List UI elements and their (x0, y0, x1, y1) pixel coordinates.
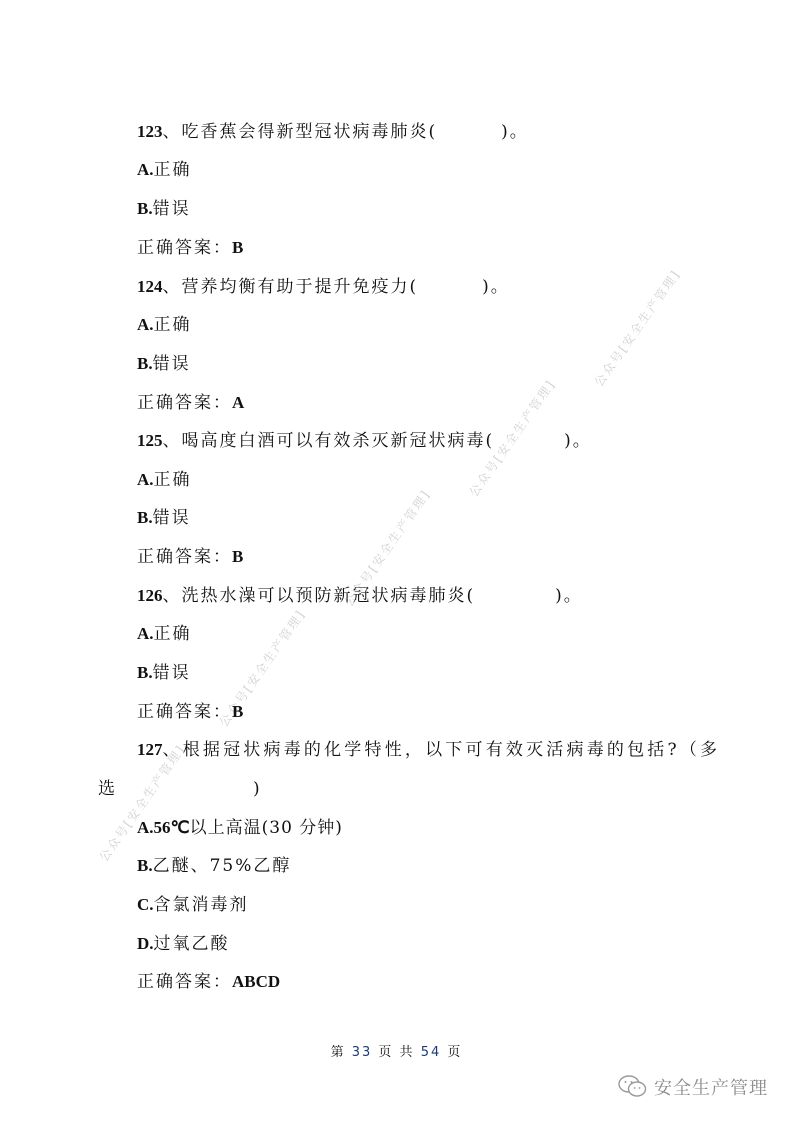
option-b: B.错误 (137, 353, 191, 375)
option-b: B.错误 (137, 507, 191, 529)
brand-name: 安全生产管理 (654, 1074, 768, 1100)
answer-line: 正确答案：ABCD (137, 971, 280, 993)
option-a: A.正确 (137, 314, 192, 336)
option-a: A.正确 (137, 159, 192, 181)
watermark: 公众号[安全生产管理] (590, 266, 684, 390)
question-123: 123、吃香蕉会得新型冠状病毒肺炎()。 (137, 121, 529, 143)
current-page: 33 (352, 1045, 373, 1060)
option-a: A.正确 (137, 469, 192, 491)
option-c: C.含氯消毒剂 (137, 894, 249, 916)
question-127: 127、根据冠状病毒的化学特性，以下可有效灭活病毒的包括?（多 (137, 739, 720, 761)
question-text: 、吃香蕉会得新型冠状病毒肺炎( (163, 122, 438, 142)
question-number: 123 (137, 122, 163, 141)
question-close: )。 (501, 122, 529, 142)
question-125: 125、喝高度白酒可以有效杀灭新冠状病毒()。 (137, 430, 592, 452)
total-pages: 54 (421, 1045, 442, 1060)
answer-line: 正确答案：A (137, 392, 244, 414)
page-indicator: 第 33 页 共 54 页 (0, 1041, 793, 1060)
question-127-cont: 选) (98, 778, 262, 800)
brand-watermark: 安全生产管理 (618, 1074, 768, 1100)
answer-line: 正确答案：B (137, 237, 243, 259)
option-b: B.乙醚、75%乙醇 (137, 855, 291, 877)
question-124: 124、营养均衡有助于提升免疫力()。 (137, 276, 510, 298)
option-d: D.过氧乙酸 (137, 933, 230, 955)
answer-line: 正确答案：B (137, 546, 243, 568)
wechat-icon (618, 1075, 648, 1099)
option-a: A.正确 (137, 623, 192, 645)
option-b: B.错误 (137, 662, 191, 684)
option-b: B.错误 (137, 198, 191, 220)
option-a: A.56℃以上高温(30 分钟) (137, 817, 343, 839)
answer-line: 正确答案：B (137, 701, 243, 723)
question-126: 126、洗热水澡可以预防新冠状病毒肺炎()。 (137, 585, 583, 607)
